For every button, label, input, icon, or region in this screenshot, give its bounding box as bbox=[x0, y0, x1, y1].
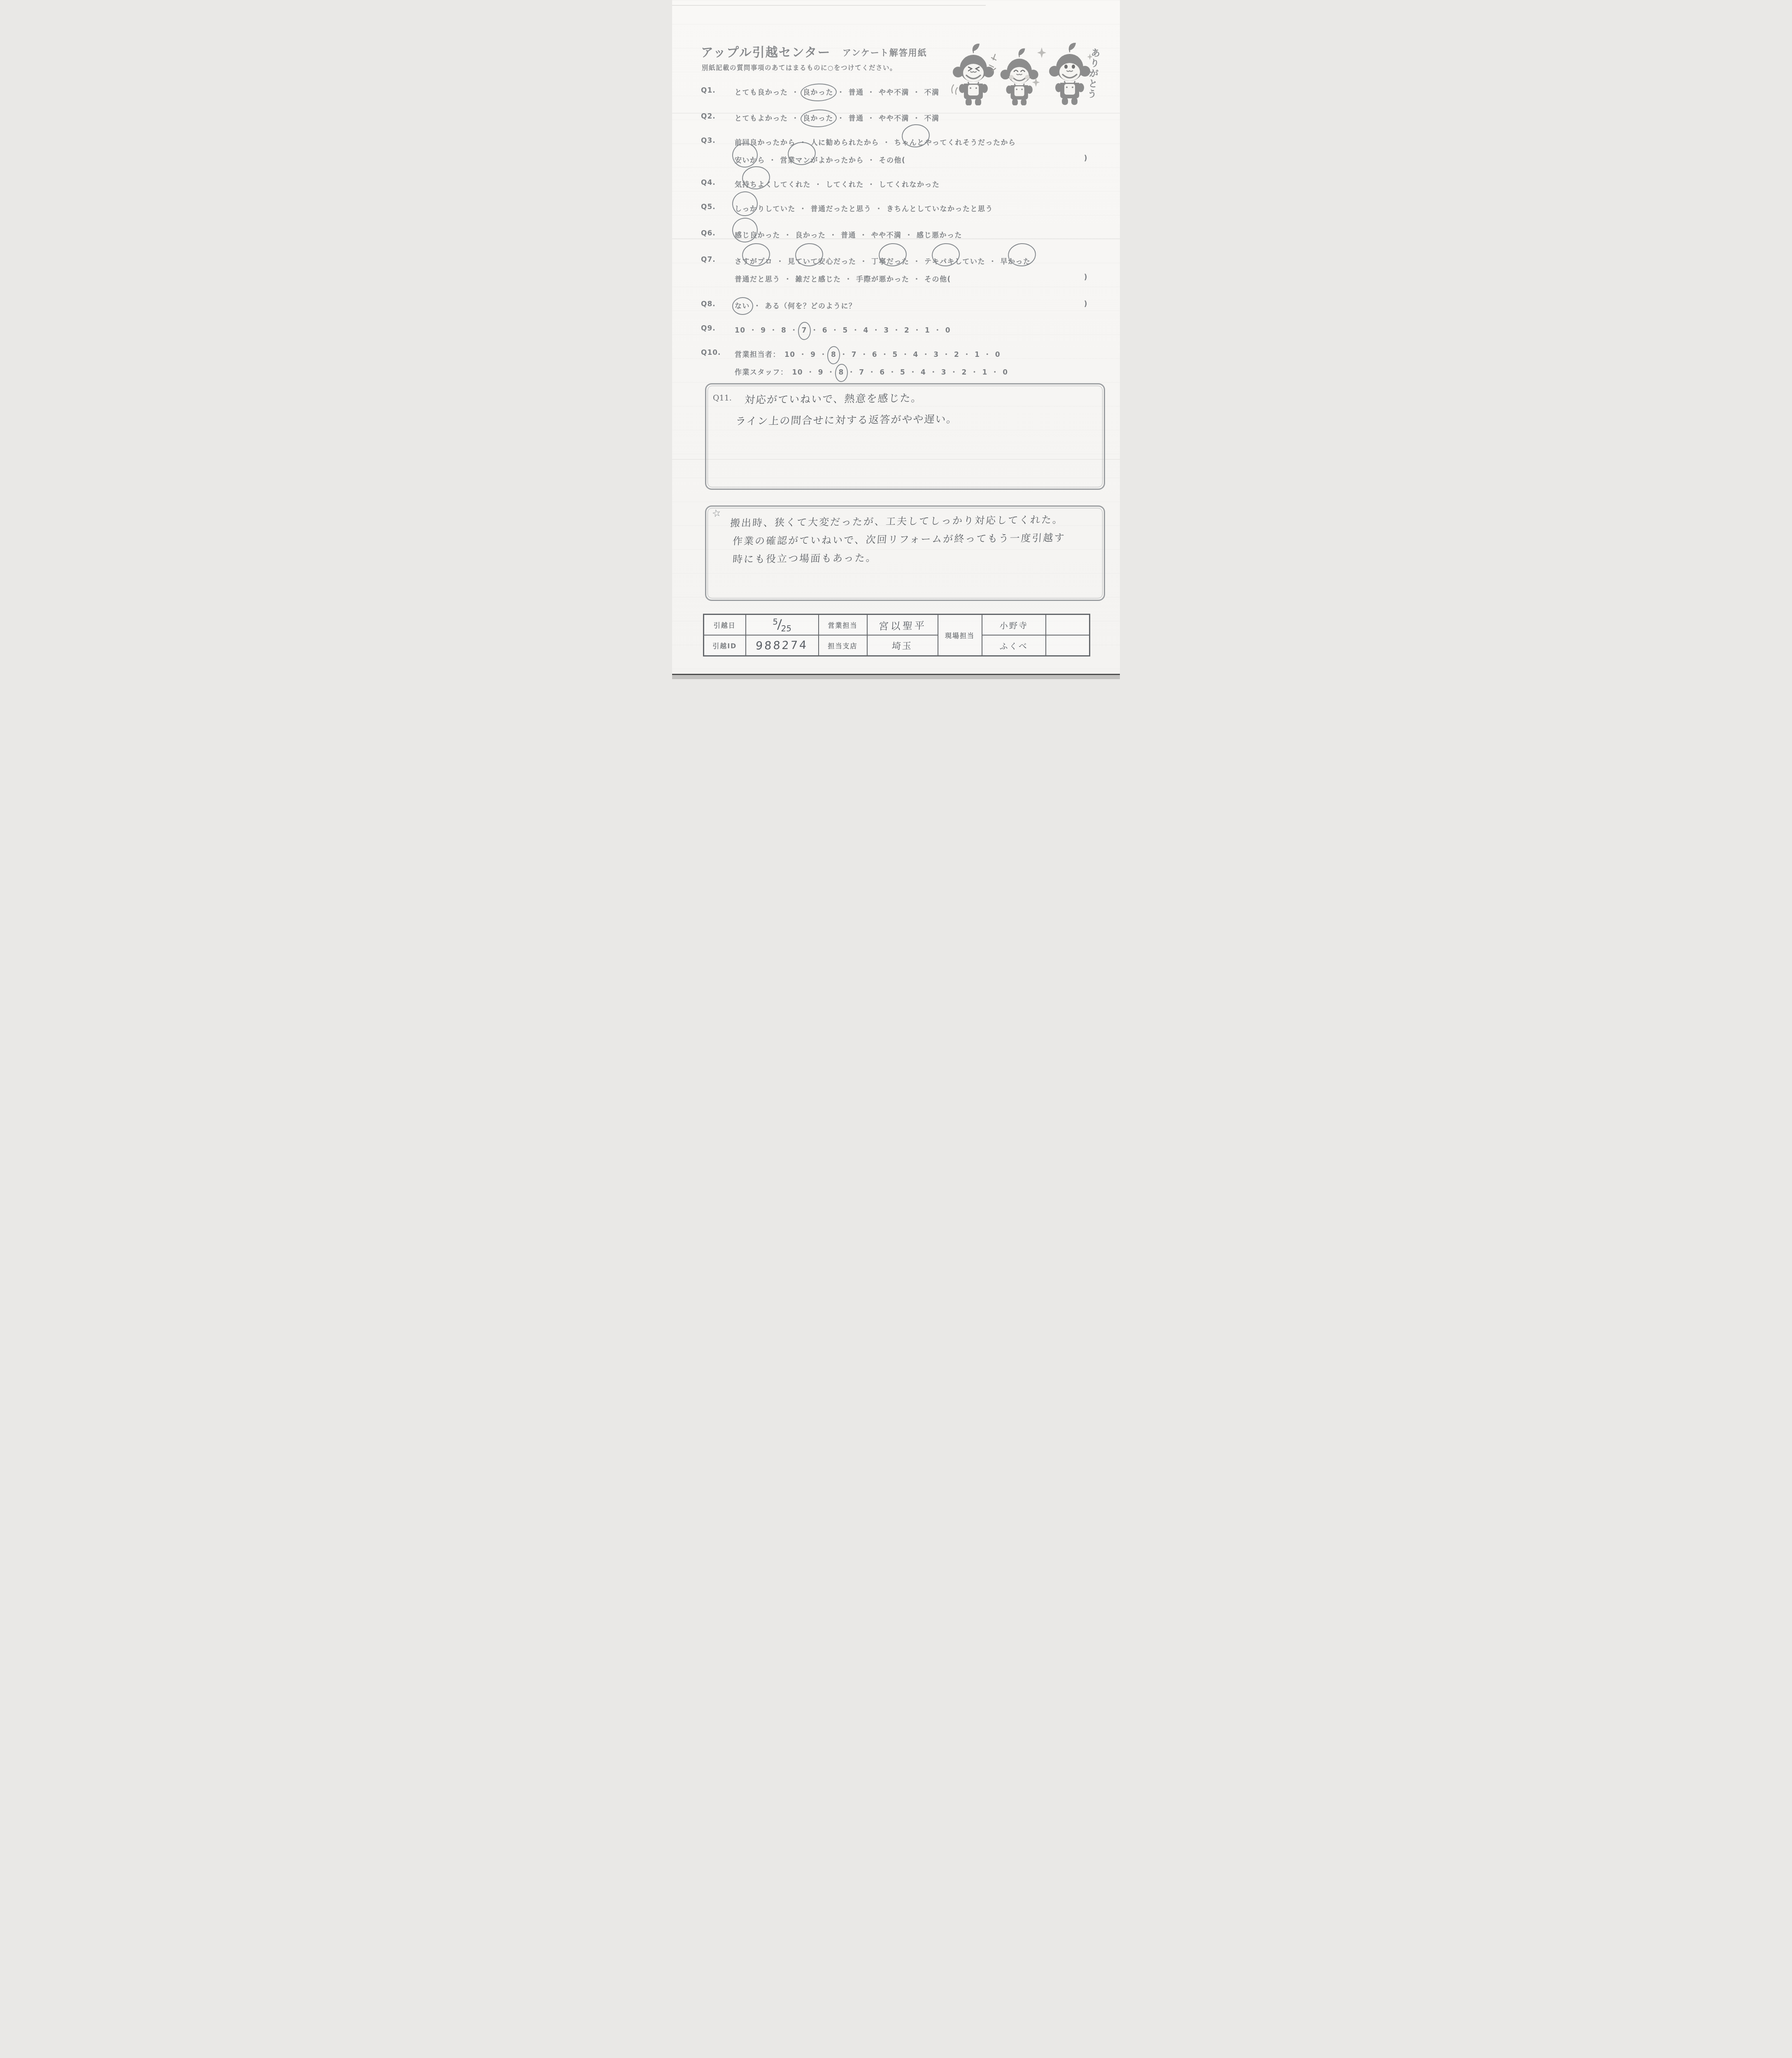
option-separator: ・ bbox=[770, 326, 778, 335]
star-icon: ☆ bbox=[711, 507, 722, 520]
option-circled: テキパキしていた bbox=[924, 256, 985, 266]
option-separator: ・ bbox=[868, 368, 876, 377]
option-separator: ・ bbox=[868, 156, 875, 165]
option: 普通 bbox=[841, 229, 856, 240]
option-separator: ・ bbox=[913, 88, 921, 97]
option: 前回良かったから bbox=[735, 137, 796, 147]
close-paren: ) bbox=[1084, 154, 1088, 163]
option-separator: ・ bbox=[930, 368, 938, 377]
option: 0 bbox=[1003, 368, 1008, 377]
option-text: とても良かった bbox=[735, 88, 788, 97]
option-separator: ・ bbox=[799, 205, 807, 213]
option-text: 10 bbox=[735, 326, 746, 335]
handwritten-site-name: ふくべ bbox=[999, 639, 1029, 652]
option-group-label: 営業担当者： bbox=[735, 351, 780, 359]
option: 普通だったと思う bbox=[811, 203, 872, 213]
option: 4 bbox=[913, 351, 918, 359]
q11-comment-box: Q11. 対応がていねいで、熱意を感じた。 ライン上の問合せに対する返答がやや遅… bbox=[705, 383, 1105, 490]
question-options: 普通だと思う・雑だと感じた・手際が悪かった・その他() bbox=[735, 273, 1088, 284]
option: 7 bbox=[852, 351, 857, 359]
question-label: Q5. bbox=[701, 203, 716, 211]
option-text: 1 bbox=[975, 351, 980, 359]
date-day: 25 bbox=[781, 623, 792, 633]
option: 9 bbox=[810, 351, 816, 359]
question-row: Q8.ない・ある（何を？どのように？) bbox=[672, 300, 1120, 312]
option-separator: ・ bbox=[902, 351, 910, 359]
option: とてもよかった bbox=[735, 112, 788, 123]
option-text: 8 bbox=[781, 326, 787, 335]
option-text: 見ていて安心だった bbox=[788, 258, 856, 266]
option: やや不満 bbox=[879, 86, 909, 97]
option-separator: ・ bbox=[913, 258, 921, 266]
option-text: 1 bbox=[925, 326, 930, 335]
option-separator: ・ bbox=[777, 258, 784, 266]
q11-label: Q11. bbox=[713, 393, 732, 403]
option-separator: ・ bbox=[868, 88, 875, 97]
option-circled: 気持ちよくしてくれた bbox=[735, 179, 811, 189]
option-text: 営業マンがよかったから bbox=[780, 156, 864, 165]
question-options: とてもよかった・良かった・普通・やや不満・不満 bbox=[735, 112, 1088, 123]
question-row: 安いから・営業マンがよかったから・その他() bbox=[672, 154, 1120, 167]
handwritten-sales-name: 宮以聖平 bbox=[878, 617, 927, 632]
question-options: 営業担当者：10・9・8・7・6・5・4・3・2・1・0 bbox=[735, 349, 1088, 359]
option-circled: 感じ良かった bbox=[735, 229, 780, 240]
option: 0 bbox=[995, 351, 1001, 359]
option-separator: ・ bbox=[807, 368, 815, 377]
option: ある（何を？どのように？ bbox=[765, 300, 856, 310]
question-options: 感じ良かった・良かった・普通・やや不満・感じ悪かった bbox=[735, 229, 1088, 240]
pen-circle-mark bbox=[731, 190, 759, 217]
option-text: 前回良かったから bbox=[735, 139, 796, 147]
question-row: Q1.とても良かった・良かった・普通・やや不満・不満 bbox=[672, 86, 1120, 99]
option-separator: ・ bbox=[837, 88, 845, 97]
option-separator: ・ bbox=[749, 326, 757, 335]
option: 9 bbox=[818, 368, 824, 377]
handwritten-date: 5/25 bbox=[772, 616, 792, 633]
option-circled: ちゃんとやってくれそうだったから bbox=[894, 137, 1016, 147]
option-text: やや不満 bbox=[871, 231, 902, 240]
option-text: 7 bbox=[852, 351, 857, 359]
option-text: 10 bbox=[784, 351, 796, 359]
option-separator: ・ bbox=[860, 258, 868, 266]
option-text: 5 bbox=[893, 351, 898, 359]
option-separator: ・ bbox=[943, 351, 951, 359]
question-options: 前回良かったから・人に勧められたから・ちゃんとやってくれそうだったから bbox=[735, 137, 1088, 147]
question-options: 作業スタッフ：10・9・8・7・6・5・4・3・2・1・0 bbox=[735, 366, 1088, 377]
question-label: Q10. bbox=[701, 349, 721, 357]
question-options: ない・ある（何を？どのように？) bbox=[735, 300, 1088, 310]
option-text: 3 bbox=[933, 351, 939, 359]
close-paren: ) bbox=[1084, 273, 1088, 282]
option-separator: ・ bbox=[852, 326, 860, 335]
question-row: Q4.気持ちよくしてくれた・してくれた・してくれなかった bbox=[672, 179, 1120, 191]
option-text: 不満 bbox=[924, 114, 940, 123]
question-options: 10・9・8・7・6・5・4・3・2・1・0 bbox=[735, 324, 1088, 335]
option-text: 5 bbox=[900, 368, 905, 377]
option-separator: ・ bbox=[922, 351, 930, 359]
option: きちんとしていなかったと思う bbox=[887, 203, 993, 213]
question-options: 気持ちよくしてくれた・してくれた・してくれなかった bbox=[735, 179, 1088, 189]
handwritten-comment: 対応がていねいで、熱意を感じた。 bbox=[744, 390, 923, 407]
option-separator: ・ bbox=[905, 231, 913, 240]
option: 普通 bbox=[849, 86, 864, 97]
option-separator: ・ bbox=[934, 326, 942, 335]
option: 5 bbox=[900, 368, 905, 377]
option-separator: ・ bbox=[868, 181, 875, 189]
option-text: しっかりしていた bbox=[735, 205, 796, 213]
question-label: Q1. bbox=[701, 86, 716, 95]
option-text: 雑だと感じた bbox=[796, 275, 841, 284]
option-text: 3 bbox=[884, 326, 889, 335]
option-separator: ・ bbox=[784, 231, 792, 240]
option-circled: さすがプロ bbox=[735, 256, 773, 266]
option-text: きちんとしていなかったと思う bbox=[887, 205, 993, 213]
question-options: 安いから・営業マンがよかったから・その他() bbox=[735, 154, 1088, 165]
handwritten-comment: 時にも役立つ場面もあった。 bbox=[732, 549, 877, 566]
star-comment-box: ☆ 搬出時、狭くて大変だったが、工夫してしっかり対応してくれた。 作業の確認がて… bbox=[705, 505, 1105, 601]
branch-label: 担当支店 bbox=[819, 635, 867, 656]
option-circled: 7 bbox=[802, 326, 807, 335]
option-text: 9 bbox=[810, 351, 816, 359]
question-row: Q7.さすがプロ・見ていて安心だった・丁寧だった・テキパキしていた・早かった bbox=[672, 256, 1120, 268]
option-separator: ・ bbox=[820, 351, 828, 359]
option-text: ちゃんとやってくれそうだったから bbox=[894, 139, 1016, 147]
option-text: 普通だと思う bbox=[735, 275, 780, 284]
option: 1 bbox=[982, 368, 987, 377]
option-separator: ・ bbox=[792, 114, 800, 123]
close-paren: ) bbox=[1084, 300, 1088, 308]
option: 4 bbox=[921, 368, 926, 377]
question-row: Q2.とてもよかった・良かった・普通・やや不満・不満 bbox=[672, 112, 1120, 125]
option-text: とてもよかった bbox=[735, 114, 788, 123]
pen-circle-mark bbox=[731, 217, 759, 244]
option-circled: 早かった bbox=[1001, 256, 1031, 266]
option-separator: ・ bbox=[991, 368, 999, 377]
option-separator: ・ bbox=[799, 139, 807, 147]
option: 10 bbox=[784, 351, 796, 359]
option: 1 bbox=[975, 351, 980, 359]
option-separator: ・ bbox=[827, 368, 835, 377]
option-separator: ・ bbox=[811, 326, 819, 335]
question-options: しっかりしていた・普通だったと思う・きちんとしていなかったと思う bbox=[735, 203, 1088, 213]
option-separator: ・ bbox=[837, 114, 845, 123]
option: 普通 bbox=[849, 112, 864, 123]
site-rep-label: 現場担当 bbox=[938, 615, 982, 656]
handwritten-branch-name: 埼玉 bbox=[892, 639, 913, 652]
question-label: Q6. bbox=[701, 229, 716, 237]
question-row: Q5.しっかりしていた・普通だったと思う・きちんとしていなかったと思う bbox=[672, 203, 1120, 215]
option-text: 8 bbox=[831, 351, 836, 359]
option: 1 bbox=[925, 326, 930, 335]
scan-streak bbox=[672, 5, 986, 6]
option: やや不満 bbox=[871, 229, 902, 240]
option: 不満 bbox=[924, 112, 940, 123]
option: 8 bbox=[781, 326, 787, 335]
option-text: 4 bbox=[921, 368, 926, 377]
option-separator: ・ bbox=[860, 231, 868, 240]
option-text: 7 bbox=[859, 368, 864, 377]
option-text: 6 bbox=[872, 351, 877, 359]
question-row: Q9.10・9・8・7・6・5・4・3・2・1・0 bbox=[672, 324, 1120, 337]
option-separator: ・ bbox=[950, 368, 958, 377]
option-separator: ・ bbox=[754, 302, 761, 310]
option: 3 bbox=[941, 368, 947, 377]
option-separator: ・ bbox=[861, 351, 868, 359]
option-text: テキパキしていた bbox=[924, 258, 985, 266]
option-text: 10 bbox=[792, 368, 803, 377]
option-text: 5 bbox=[843, 326, 848, 335]
option: 10 bbox=[735, 326, 746, 335]
sales-rep-label: 営業担当 bbox=[819, 615, 867, 636]
option: 5 bbox=[843, 326, 848, 335]
option-circled: 安いから bbox=[735, 154, 765, 165]
option: 3 bbox=[933, 351, 939, 359]
option-text: してくれなかった bbox=[879, 181, 940, 189]
option-separator: ・ bbox=[769, 156, 777, 165]
option-text: 1 bbox=[982, 368, 987, 377]
option-text: 7 bbox=[802, 326, 807, 335]
option-text: してくれた bbox=[826, 181, 864, 189]
question-label: Q2. bbox=[701, 112, 716, 121]
answer-sheet: アップル引越センター アンケート解答用紙 別紙記載の質問事項のあてはまるものに○… bbox=[672, 0, 1120, 679]
option-text: 良かった bbox=[803, 88, 833, 97]
option-text: 9 bbox=[818, 368, 824, 377]
option-text: さすがプロ bbox=[735, 258, 773, 266]
option: 不満 bbox=[924, 86, 940, 97]
site-rep-value-top: 小野寺 bbox=[982, 615, 1046, 636]
empty-cell bbox=[1046, 615, 1090, 636]
option-circled: 良かった bbox=[803, 86, 833, 97]
option-separator: ・ bbox=[984, 351, 991, 359]
site-rep-value-bottom: ふくべ bbox=[982, 635, 1046, 656]
option: 5 bbox=[893, 351, 898, 359]
option: 9 bbox=[761, 326, 766, 335]
option-text: その他( bbox=[879, 156, 906, 165]
option-text: 感じ悪かった bbox=[917, 231, 962, 240]
option-text: 3 bbox=[941, 368, 947, 377]
option-separator: ・ bbox=[790, 326, 798, 335]
option-text: 不満 bbox=[924, 88, 940, 97]
company-logo-title: アップル引越センター bbox=[701, 42, 831, 60]
question-row: Q6.感じ良かった・良かった・普通・やや不満・感じ悪かった bbox=[672, 229, 1120, 242]
option-text: その他( bbox=[924, 275, 951, 284]
question-row: Q3.前回良かったから・人に勧められたから・ちゃんとやってくれそうだったから bbox=[672, 137, 1120, 149]
option-group-label: 作業スタッフ： bbox=[735, 368, 788, 377]
empty-cell bbox=[1046, 635, 1090, 656]
move-id-value: 988274 bbox=[746, 635, 819, 656]
handwritten-comment: 搬出時、狭くて大変だったが、工夫してしっかり対応してくれた。 bbox=[730, 511, 1064, 529]
option-circled: 見ていて安心だった bbox=[788, 256, 856, 266]
table-row: 引越日 5/25 営業担当 宮以聖平 現場担当 小野寺 bbox=[704, 615, 1090, 636]
option: 2 bbox=[962, 368, 967, 377]
option: 6 bbox=[880, 368, 885, 377]
move-id-label: 引越ID bbox=[704, 635, 746, 656]
option: 2 bbox=[954, 351, 959, 359]
option: とても良かった bbox=[735, 86, 788, 97]
option-text: 2 bbox=[962, 368, 967, 377]
option: 3 bbox=[884, 326, 889, 335]
option-separator: ・ bbox=[792, 88, 800, 97]
option-text: ある（何を？どのように？ bbox=[765, 302, 856, 310]
option-text: 普通 bbox=[849, 114, 864, 123]
option-separator: ・ bbox=[913, 326, 921, 335]
option: 良かった bbox=[796, 229, 826, 240]
option-circled: 8 bbox=[831, 351, 836, 359]
option-text: 0 bbox=[1003, 368, 1008, 377]
option-text: 0 bbox=[995, 351, 1001, 359]
option-text: 良かった bbox=[796, 231, 826, 240]
option-separator: ・ bbox=[830, 231, 838, 240]
option-text: 2 bbox=[904, 326, 910, 335]
option-separator: ・ bbox=[913, 275, 921, 284]
option-text: 0 bbox=[945, 326, 951, 335]
footer-info-table: 引越日 5/25 営業担当 宮以聖平 現場担当 小野寺 引越ID 988274 … bbox=[703, 614, 1090, 657]
option: 7 bbox=[859, 368, 864, 377]
option: 0 bbox=[945, 326, 951, 335]
option-circled: しっかりしていた bbox=[735, 203, 796, 213]
option: 4 bbox=[863, 326, 868, 335]
option-text: 手際が悪かった bbox=[856, 275, 910, 284]
handwritten-comment: ライン上の問合せに対する返答がやや遅い。 bbox=[735, 411, 958, 428]
option-separator: ・ bbox=[963, 351, 971, 359]
option-text: 早かった bbox=[1001, 258, 1031, 266]
option-circled: 丁寧だった bbox=[871, 256, 910, 266]
handwritten-comment: 作業の確認がていねいで、次回リフォームが終ってもう一度引越す bbox=[732, 530, 1066, 547]
option-separator: ・ bbox=[971, 368, 979, 377]
scan-edge-band bbox=[672, 675, 1120, 679]
option-circled: ない bbox=[735, 300, 750, 310]
option-text: ない bbox=[735, 302, 750, 310]
option-circled: 営業マンがよかったから bbox=[780, 154, 864, 165]
option-separator: ・ bbox=[845, 275, 853, 284]
option: 2 bbox=[904, 326, 910, 335]
option: 6 bbox=[822, 326, 828, 335]
option: 人に勧められたから bbox=[811, 137, 880, 147]
option: 普通だと思う bbox=[735, 273, 780, 284]
option: してくれた bbox=[826, 179, 864, 189]
option-text: やや不満 bbox=[879, 88, 909, 97]
option-separator: ・ bbox=[893, 326, 901, 335]
move-date-value: 5/25 bbox=[746, 615, 819, 636]
option-separator: ・ bbox=[831, 326, 839, 335]
question-label: Q4. bbox=[701, 179, 716, 187]
question-label: Q7. bbox=[701, 256, 716, 264]
option-separator: ・ bbox=[889, 368, 897, 377]
option-text: 普通だったと思う bbox=[811, 205, 872, 213]
option-separator: ・ bbox=[909, 368, 917, 377]
option-text: 2 bbox=[954, 351, 959, 359]
option-text: 丁寧だった bbox=[871, 258, 910, 266]
option: 雑だと感じた bbox=[796, 273, 841, 284]
option-text: 4 bbox=[863, 326, 868, 335]
option: 10 bbox=[792, 368, 803, 377]
handwritten-site-name: 小野寺 bbox=[999, 619, 1029, 631]
question-label: Q8. bbox=[701, 300, 716, 308]
option-circled: 良かった bbox=[803, 112, 833, 123]
question-row: Q10.営業担当者：10・9・8・7・6・5・4・3・2・1・0 bbox=[672, 349, 1120, 361]
option-text: 安いから bbox=[735, 156, 765, 165]
option: やや不満 bbox=[879, 112, 909, 123]
option-text: 6 bbox=[880, 368, 885, 377]
sales-rep-value: 宮以聖平 bbox=[867, 615, 938, 636]
option-separator: ・ bbox=[815, 181, 822, 189]
option-separator: ・ bbox=[913, 114, 921, 123]
question-label: Q9. bbox=[701, 324, 716, 333]
option: その他( bbox=[924, 273, 951, 284]
option: その他( bbox=[879, 154, 906, 165]
option-separator: ・ bbox=[784, 275, 792, 284]
option: 感じ悪かった bbox=[917, 229, 962, 240]
option: してくれなかった bbox=[879, 179, 940, 189]
option-text: 4 bbox=[913, 351, 918, 359]
option: 手際が悪かった bbox=[856, 273, 910, 284]
move-date-label: 引越日 bbox=[704, 615, 746, 636]
option-circled: 8 bbox=[839, 368, 844, 377]
instruction-text: 別紙記載の質問事項のあてはまるものに○をつけてください。 bbox=[702, 63, 897, 72]
question-options: さすがプロ・見ていて安心だった・丁寧だった・テキパキしていた・早かった bbox=[735, 256, 1088, 266]
option-separator: ・ bbox=[799, 351, 807, 359]
option: 6 bbox=[872, 351, 877, 359]
option-text: 6 bbox=[822, 326, 828, 335]
branch-value: 埼玉 bbox=[867, 635, 938, 656]
question-row: 普通だと思う・雑だと感じた・手際が悪かった・その他() bbox=[672, 273, 1120, 286]
option-text: 気持ちよくしてくれた bbox=[735, 181, 811, 189]
option-text: 普通 bbox=[849, 88, 864, 97]
handwritten-move-id: 988274 bbox=[756, 638, 809, 652]
option-separator: ・ bbox=[989, 258, 997, 266]
question-label: Q3. bbox=[701, 137, 716, 145]
option-separator: ・ bbox=[840, 351, 848, 359]
option-text: 人に勧められたから bbox=[811, 139, 880, 147]
option-separator: ・ bbox=[868, 114, 875, 123]
question-row: 作業スタッフ：10・9・8・7・6・5・4・3・2・1・0 bbox=[672, 366, 1120, 379]
option-separator: ・ bbox=[873, 326, 880, 335]
option-separator: ・ bbox=[848, 368, 856, 377]
sheet-title: アンケート解答用紙 bbox=[842, 46, 927, 58]
option-separator: ・ bbox=[883, 139, 891, 147]
option-separator: ・ bbox=[881, 351, 889, 359]
option-separator: ・ bbox=[875, 205, 883, 213]
question-options: とても良かった・良かった・普通・やや不満・不満 bbox=[735, 86, 1088, 97]
table-row: 引越ID 988274 担当支店 埼玉 ふくべ bbox=[704, 635, 1090, 656]
option-text: 良かった bbox=[803, 114, 833, 123]
option-text: 感じ良かった bbox=[735, 231, 780, 240]
option-text: 8 bbox=[839, 368, 844, 377]
option-text: 普通 bbox=[841, 231, 856, 240]
option-text: 9 bbox=[761, 326, 766, 335]
option-text: やや不満 bbox=[879, 114, 909, 123]
